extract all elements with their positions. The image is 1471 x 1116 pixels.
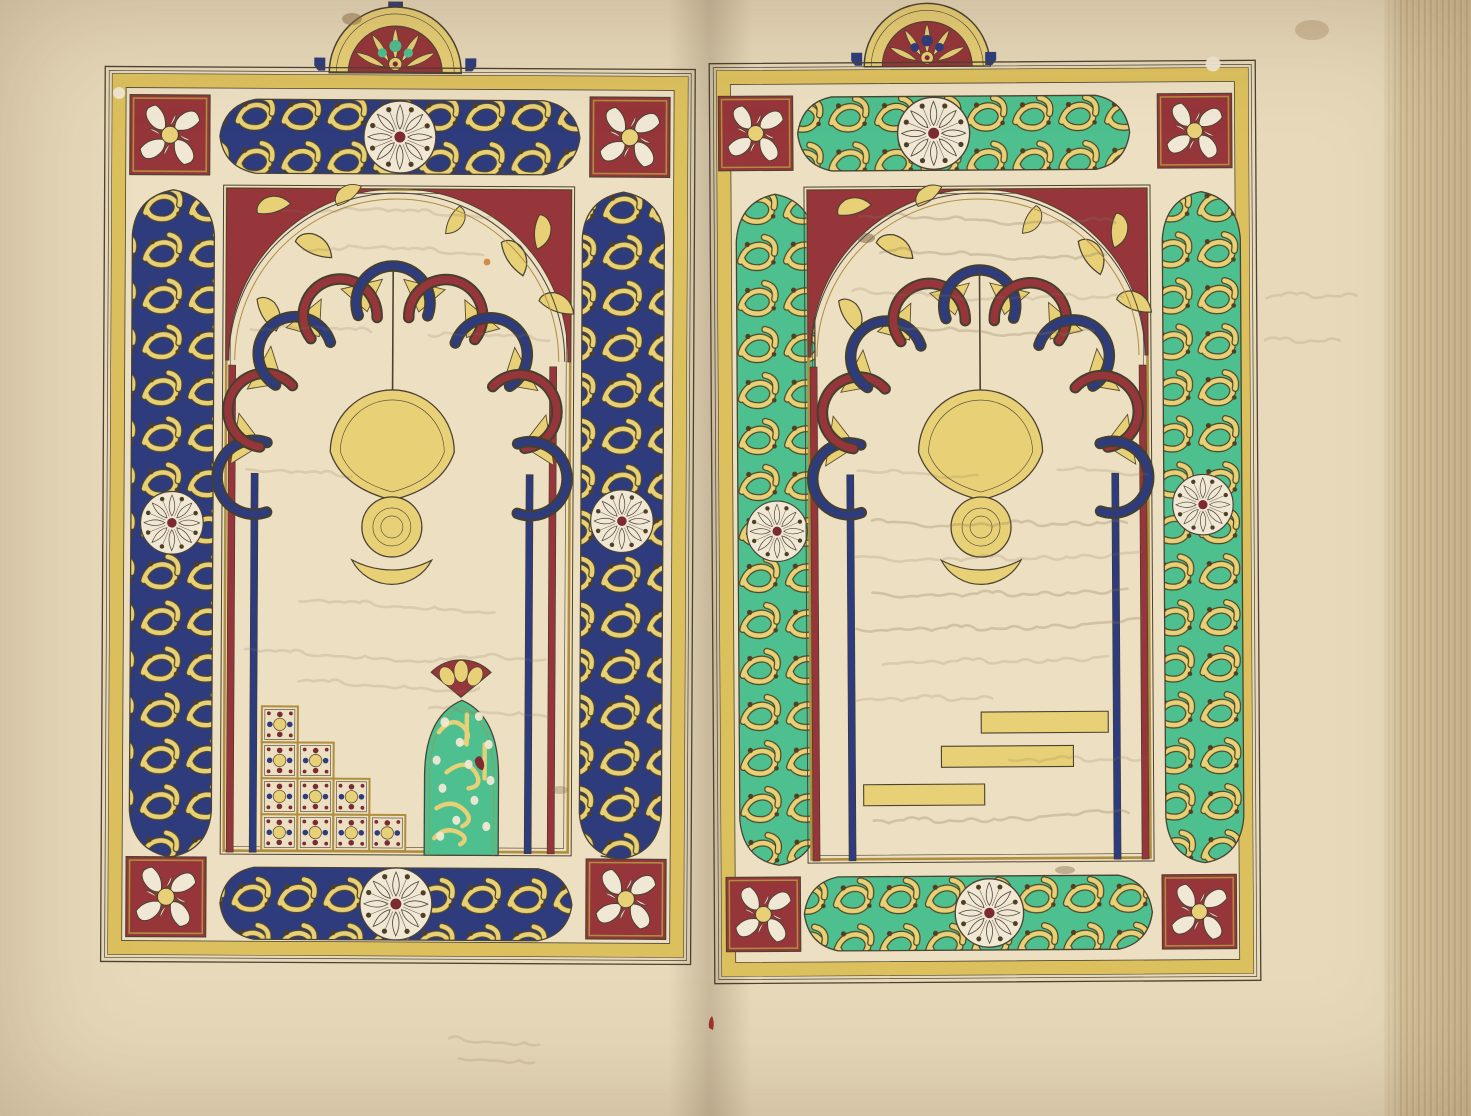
ink-stain	[342, 13, 362, 25]
foxing-stain	[1295, 20, 1329, 40]
step-bar	[981, 711, 1108, 733]
corner-rosette-tr	[590, 97, 670, 177]
corner-rosette-br	[1162, 874, 1237, 949]
manuscript-canvas	[0, 0, 1471, 1116]
side-medallion-right	[1172, 474, 1233, 535]
side-medallion-left	[140, 491, 203, 554]
left-folio	[100, 0, 696, 1064]
paint-chip	[113, 87, 125, 99]
minbar-step	[261, 814, 297, 850]
orange-fleck	[484, 259, 491, 266]
minbar-step	[261, 778, 297, 814]
step-bar	[864, 784, 985, 806]
corner-rosette-tl	[718, 96, 793, 171]
top-medallion	[897, 97, 969, 169]
smudge	[857, 233, 875, 243]
minbar-step	[262, 706, 298, 742]
minbar-step	[369, 815, 405, 851]
bottom-medallion	[360, 868, 432, 940]
minbar-step	[298, 742, 334, 778]
step-bar	[941, 745, 1073, 767]
lamp-ring	[951, 497, 1011, 557]
minbar-step	[297, 778, 333, 814]
corner-rosette-tl	[130, 95, 210, 175]
minbar-step	[262, 742, 298, 778]
corner-rosette-bl	[726, 877, 801, 952]
bottom-medallion	[955, 879, 1024, 948]
minbar-step	[297, 814, 333, 850]
side-medallion-right	[590, 490, 653, 553]
top-medallion	[364, 101, 436, 173]
minbar-step	[333, 815, 369, 851]
lamp-ring	[362, 497, 422, 557]
corner-rosette-tr	[1157, 93, 1232, 168]
side-medallion-left	[747, 501, 808, 562]
corner-rosette-bl	[126, 857, 206, 937]
corner-rosette-br	[586, 859, 666, 939]
minbar-step	[333, 779, 369, 815]
manuscript-photo	[0, 0, 1471, 1116]
paint-chip	[1206, 57, 1221, 72]
